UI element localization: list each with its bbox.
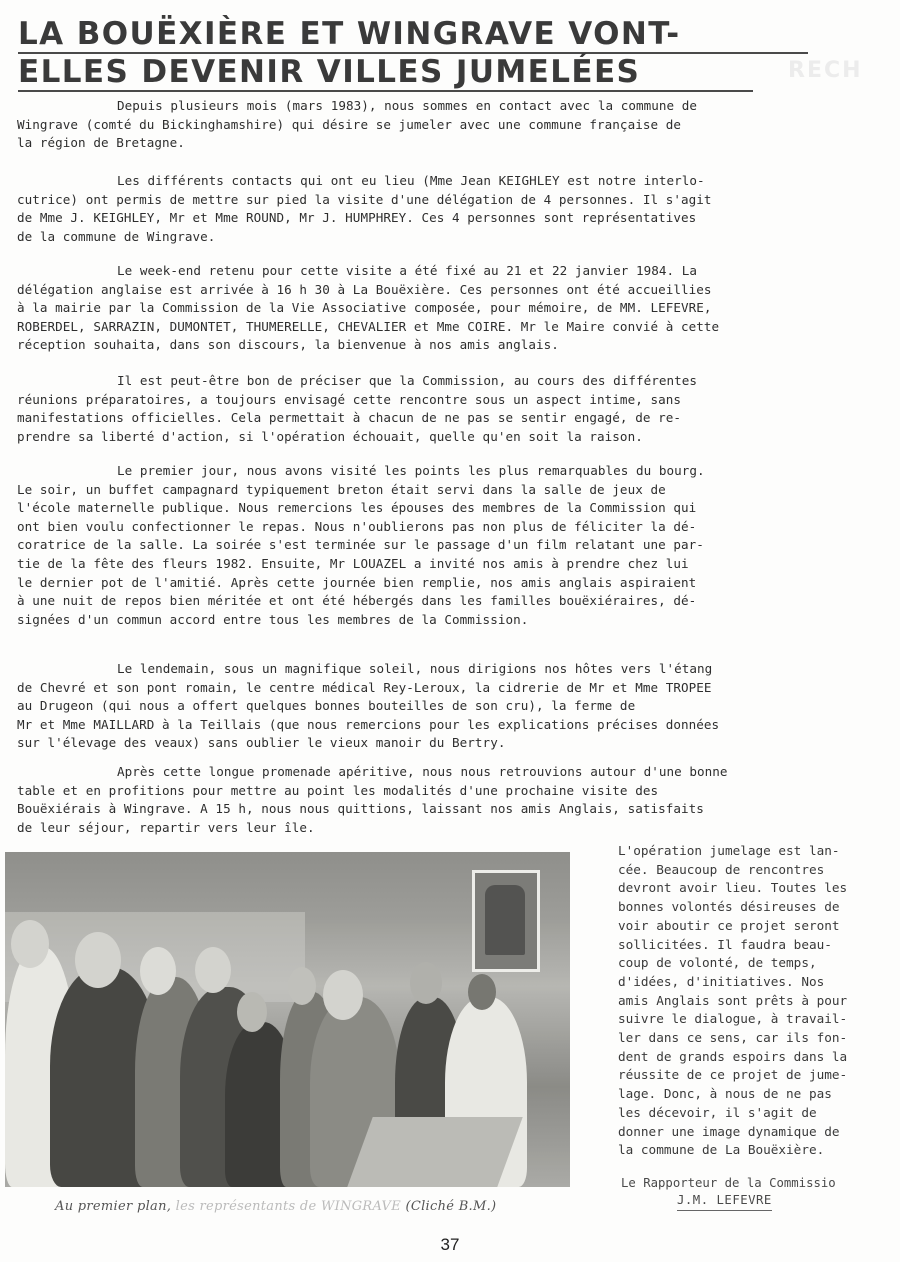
text-line: de Mme J. KEIGHLEY, Mr et Mme ROUND, Mr … [17,209,862,228]
text-line: signées d'un commun accord entre tous le… [17,611,862,630]
text-line: cée. Beaucoup de rencontres [618,861,898,880]
text-line: Les différents contacts qui ont eu lieu … [17,172,862,191]
paragraph-1: Depuis plusieurs mois (mars 1983), nous … [17,97,862,153]
photo-caption: Au premier plan, les représentants de WI… [55,1199,496,1214]
caption-text: Au premier plan, [55,1199,176,1214]
text-line: amis Anglais sont prêts à pour [618,992,898,1011]
text-line: prendre sa liberté d'action, si l'opérat… [17,428,862,447]
text-line: bonnes volontés désireuses de [618,898,898,917]
text-line: les décevoir, il s'agit de [618,1104,898,1123]
text-line: réunions préparatoires, a toujours envis… [17,391,862,410]
document-page: RECH La Bouëxière et Wingrave vont- elle… [0,0,900,1262]
text-line: table et en profitions pour mettre au po… [17,782,862,801]
text-line: lage. Donc, à nous de ne pas [618,1085,898,1104]
caption-faint-text: les représentants de WINGRAVE [176,1199,401,1214]
paragraph-5: Le premier jour, nous avons visité les p… [17,462,862,629]
text-line: Le premier jour, nous avons visité les p… [17,462,862,481]
caption-credit: (Cliché B.M.) [401,1199,496,1214]
text-line: Depuis plusieurs mois (mars 1983), nous … [17,97,862,116]
text-line: voir aboutir ce projet seront [618,917,898,936]
text-line: d'idées, d'initiatives. Nos [618,973,898,992]
photo-head [140,947,176,995]
photo-head [75,932,121,988]
text-line: manifestations officielles. Cela permett… [17,409,862,428]
text-line: sollicitées. Il faudra beau- [618,936,898,955]
text-line: ROBERDEL, SARRAZIN, DUMONTET, THUMERELLE… [17,318,862,337]
signature-name: J.M. LEFEVRE [677,1192,772,1211]
page-number: 37 [0,1235,900,1255]
photo-head [237,992,267,1032]
text-line: la région de Bretagne. [17,134,862,153]
signature-role: Le Rapporteur de la Commissio [621,1175,836,1192]
text-line: ont bien voulu confectionner le repas. N… [17,518,862,537]
paragraph-6: Le lendemain, sous un magnifique soleil,… [17,660,862,753]
paragraph-7: Après cette longue promenade apéritive, … [17,763,862,837]
text-line: de la commune de Wingrave. [17,228,862,247]
text-line: la commune de La Bouëxière. [618,1141,898,1160]
text-line: de leur séjour, repartir vers leur île. [17,819,862,838]
title-line-2: elles devenir villes jumelées [18,56,753,92]
paragraph-3: Le week-end retenu pour cette visite a é… [17,262,862,355]
text-line: à la mairie par la Commission de la Vie … [17,299,862,318]
text-line: à une nuit de repos bien méritée et ont … [17,592,862,611]
text-line: Après cette longue promenade apéritive, … [17,763,862,782]
text-line: de Chevré et son pont romain, le centre … [17,679,862,698]
text-line: sur l'élevage des veaux) sans oublier le… [17,734,862,753]
photo-head [410,962,442,1004]
photo-head [11,920,49,968]
text-line: réussite de ce projet de jume- [618,1066,898,1085]
text-line: devront avoir lieu. Toutes les [618,879,898,898]
text-line: coratrice de la salle. La soirée s'est t… [17,536,862,555]
photo-head [195,947,231,993]
text-line: Il est peut-être bon de préciser que la … [17,372,862,391]
text-line: dent de grands espoirs dans la [618,1048,898,1067]
paragraph-2: Les différents contacts qui ont eu lieu … [17,172,862,246]
text-line: au Drugeon (qui nous a offert quelques b… [17,697,862,716]
photo-head [323,970,363,1020]
text-line: ler dans ce sens, car ils fon- [618,1029,898,1048]
text-line: Mr et Mme MAILLARD à la Teillais (que no… [17,716,862,735]
photo-table [347,1117,522,1187]
text-line: Wingrave (comté du Bickinghamshire) qui … [17,116,862,135]
title-line-1: La Bouëxière et Wingrave vont- [18,18,808,54]
text-line: L'opération jumelage est lan- [618,842,898,861]
text-line: délégation anglaise est arrivée à 16 h 3… [17,281,862,300]
text-line: Bouëxiérais à Wingrave. A 15 h, nous nou… [17,800,862,819]
text-line: réception souhaita, dans son discours, l… [17,336,862,355]
paragraph-4: Il est peut-être bon de préciser que la … [17,372,862,446]
group-photo [5,852,570,1187]
article-title: La Bouëxière et Wingrave vont- elles dev… [18,18,808,94]
photo-head [468,974,496,1010]
text-line: le dernier pot de l'amitié. Après cette … [17,574,862,593]
signature-block: Le Rapporteur de la Commissio J.M. LEFEV… [621,1175,836,1211]
text-line: Le lendemain, sous un magnifique soleil,… [17,660,862,679]
text-line: l'école maternelle publique. Nous remerc… [17,499,862,518]
text-line: cutrice) ont permis de mettre sur pied l… [17,191,862,210]
text-line: donner une image dynamique de [618,1123,898,1142]
text-line: tie de la fête des fleurs 1982. Ensuite,… [17,555,862,574]
framed-portrait [472,870,540,972]
text-line: coup de volonté, de temps, [618,954,898,973]
photo-head [288,967,316,1005]
text-line: suivre le dialogue, à travail- [618,1010,898,1029]
text-line: Le soir, un buffet campagnard typiquemen… [17,481,862,500]
text-line: Le week-end retenu pour cette visite a é… [17,262,862,281]
closing-column: L'opération jumelage est lan- cée. Beauc… [618,842,898,1160]
